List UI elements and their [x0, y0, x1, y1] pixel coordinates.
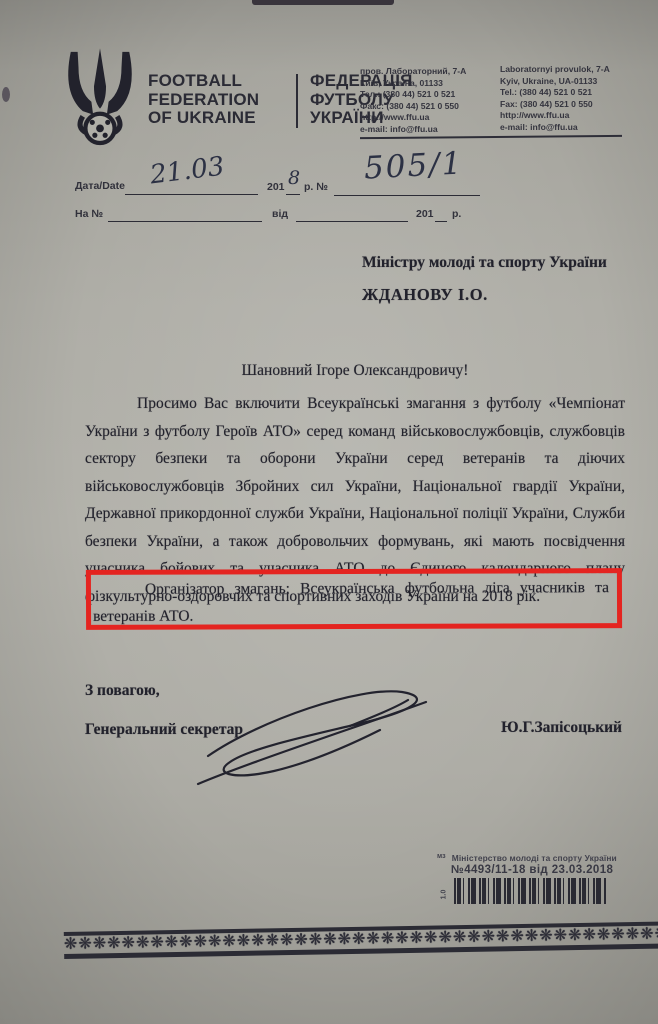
contact-block-ua: пров. Лабораторний, 7-А Київ, Україна, 0…	[360, 66, 495, 136]
signature-stroke	[190, 678, 460, 788]
contact-line: e-mail: info@ffu.ua	[360, 124, 495, 136]
closing-name: Ю.Г.Запісоцький	[470, 719, 622, 737]
stamp-org: Міністерство молоді та спорту України	[452, 853, 617, 863]
photo-left-edge-artifact	[2, 87, 10, 102]
year-unit-label: р. №	[304, 181, 328, 193]
date-value-handwritten: 21.03	[148, 152, 226, 191]
contact-block-en: Laboratornyi provulok, 7-A Kyiv, Ukraine…	[500, 64, 635, 134]
contact-line: Fax: (380 44) 521 0 550	[500, 99, 635, 111]
reply-label: На №	[75, 208, 103, 220]
contact-line: Laboratornyi provulok, 7-A	[500, 64, 635, 76]
reply-number-underline	[108, 221, 262, 222]
org-name-en-line: OF UKRAINE	[148, 109, 259, 128]
ffu-trident-logo-icon	[57, 47, 143, 153]
vyshyvanka-ornament-band: ❋❋❋❋❋❋❋❋❋❋❋❋❋❋❋❋❋❋❋❋❋❋❋❋❋❋❋❋❋❋❋❋❋❋❋❋❋❋❋❋…	[64, 922, 658, 959]
contact-line: http://www.ffu.ua	[500, 110, 635, 122]
stamp-barcode	[454, 878, 606, 904]
org-name-en: FOOTBALL FEDERATION OF UKRAINE	[148, 72, 259, 128]
photo-top-edge-artifact	[252, 0, 394, 5]
date-label: Дата/Date	[75, 180, 125, 192]
reply-year-unit: р.	[452, 208, 461, 220]
reply-year: 201	[416, 208, 434, 220]
contact-line: http://www.ffu.ua	[360, 112, 495, 124]
reply-from-label: від	[272, 208, 288, 220]
addressee-block: Міністру молоді та спорту України ЖДАНОВ…	[362, 254, 607, 305]
date-underline	[125, 194, 258, 195]
closing-regards: З повагою,	[85, 682, 160, 700]
highlight-box: Організатор змагань: Всеукраїнська футбо…	[86, 568, 622, 630]
reply-date-underline	[296, 221, 408, 222]
reply-year-underline	[435, 221, 447, 222]
contact-line: Kyiv, Ukraine, UA-01133	[500, 76, 635, 88]
contact-line: Тел.: (380 44) 521 0 521	[360, 89, 495, 101]
registry-stamp: мз Міністерство молоді та спорту України…	[437, 853, 637, 904]
year-prefix: 201	[267, 181, 285, 193]
number-value-handwritten: 505/1	[363, 145, 464, 186]
year-handwritten: 8	[288, 167, 300, 189]
year-underline	[286, 194, 300, 195]
highlighted-paragraph: Організатор змагань: Всеукраїнська футбо…	[91, 573, 617, 630]
salutation: Шановний Ігоре Олександровичу!	[85, 362, 625, 380]
contact-line: e-mail: info@ffu.ua	[500, 122, 635, 134]
org-name-en-line: FOOTBALL	[148, 72, 259, 91]
contact-line: Факс: (380 44) 521 0 550	[360, 101, 495, 113]
header-divider	[296, 74, 298, 128]
scanned-letter-page: FOOTBALL FEDERATION OF UKRAINE ФЕДЕРАЦІЯ…	[0, 0, 658, 1024]
contact-line: Tel.: (380 44) 521 0 521	[500, 87, 635, 99]
stamp-number: №4493/11-18 від 23.03.2018	[451, 864, 637, 876]
addressee-title: Міністру молоді та спорту України	[362, 254, 607, 272]
addressee-name: ЖДАНОВУ І.О.	[362, 285, 607, 305]
org-name-en-line: FEDERATION	[148, 91, 259, 110]
stamp-prefix: мз	[437, 853, 446, 860]
contact-line: пров. Лабораторний, 7-А	[360, 66, 495, 78]
stamp-version: 1.0	[440, 890, 447, 900]
number-underline	[334, 195, 480, 196]
contact-line: Київ, Україна, 01133	[360, 78, 495, 90]
